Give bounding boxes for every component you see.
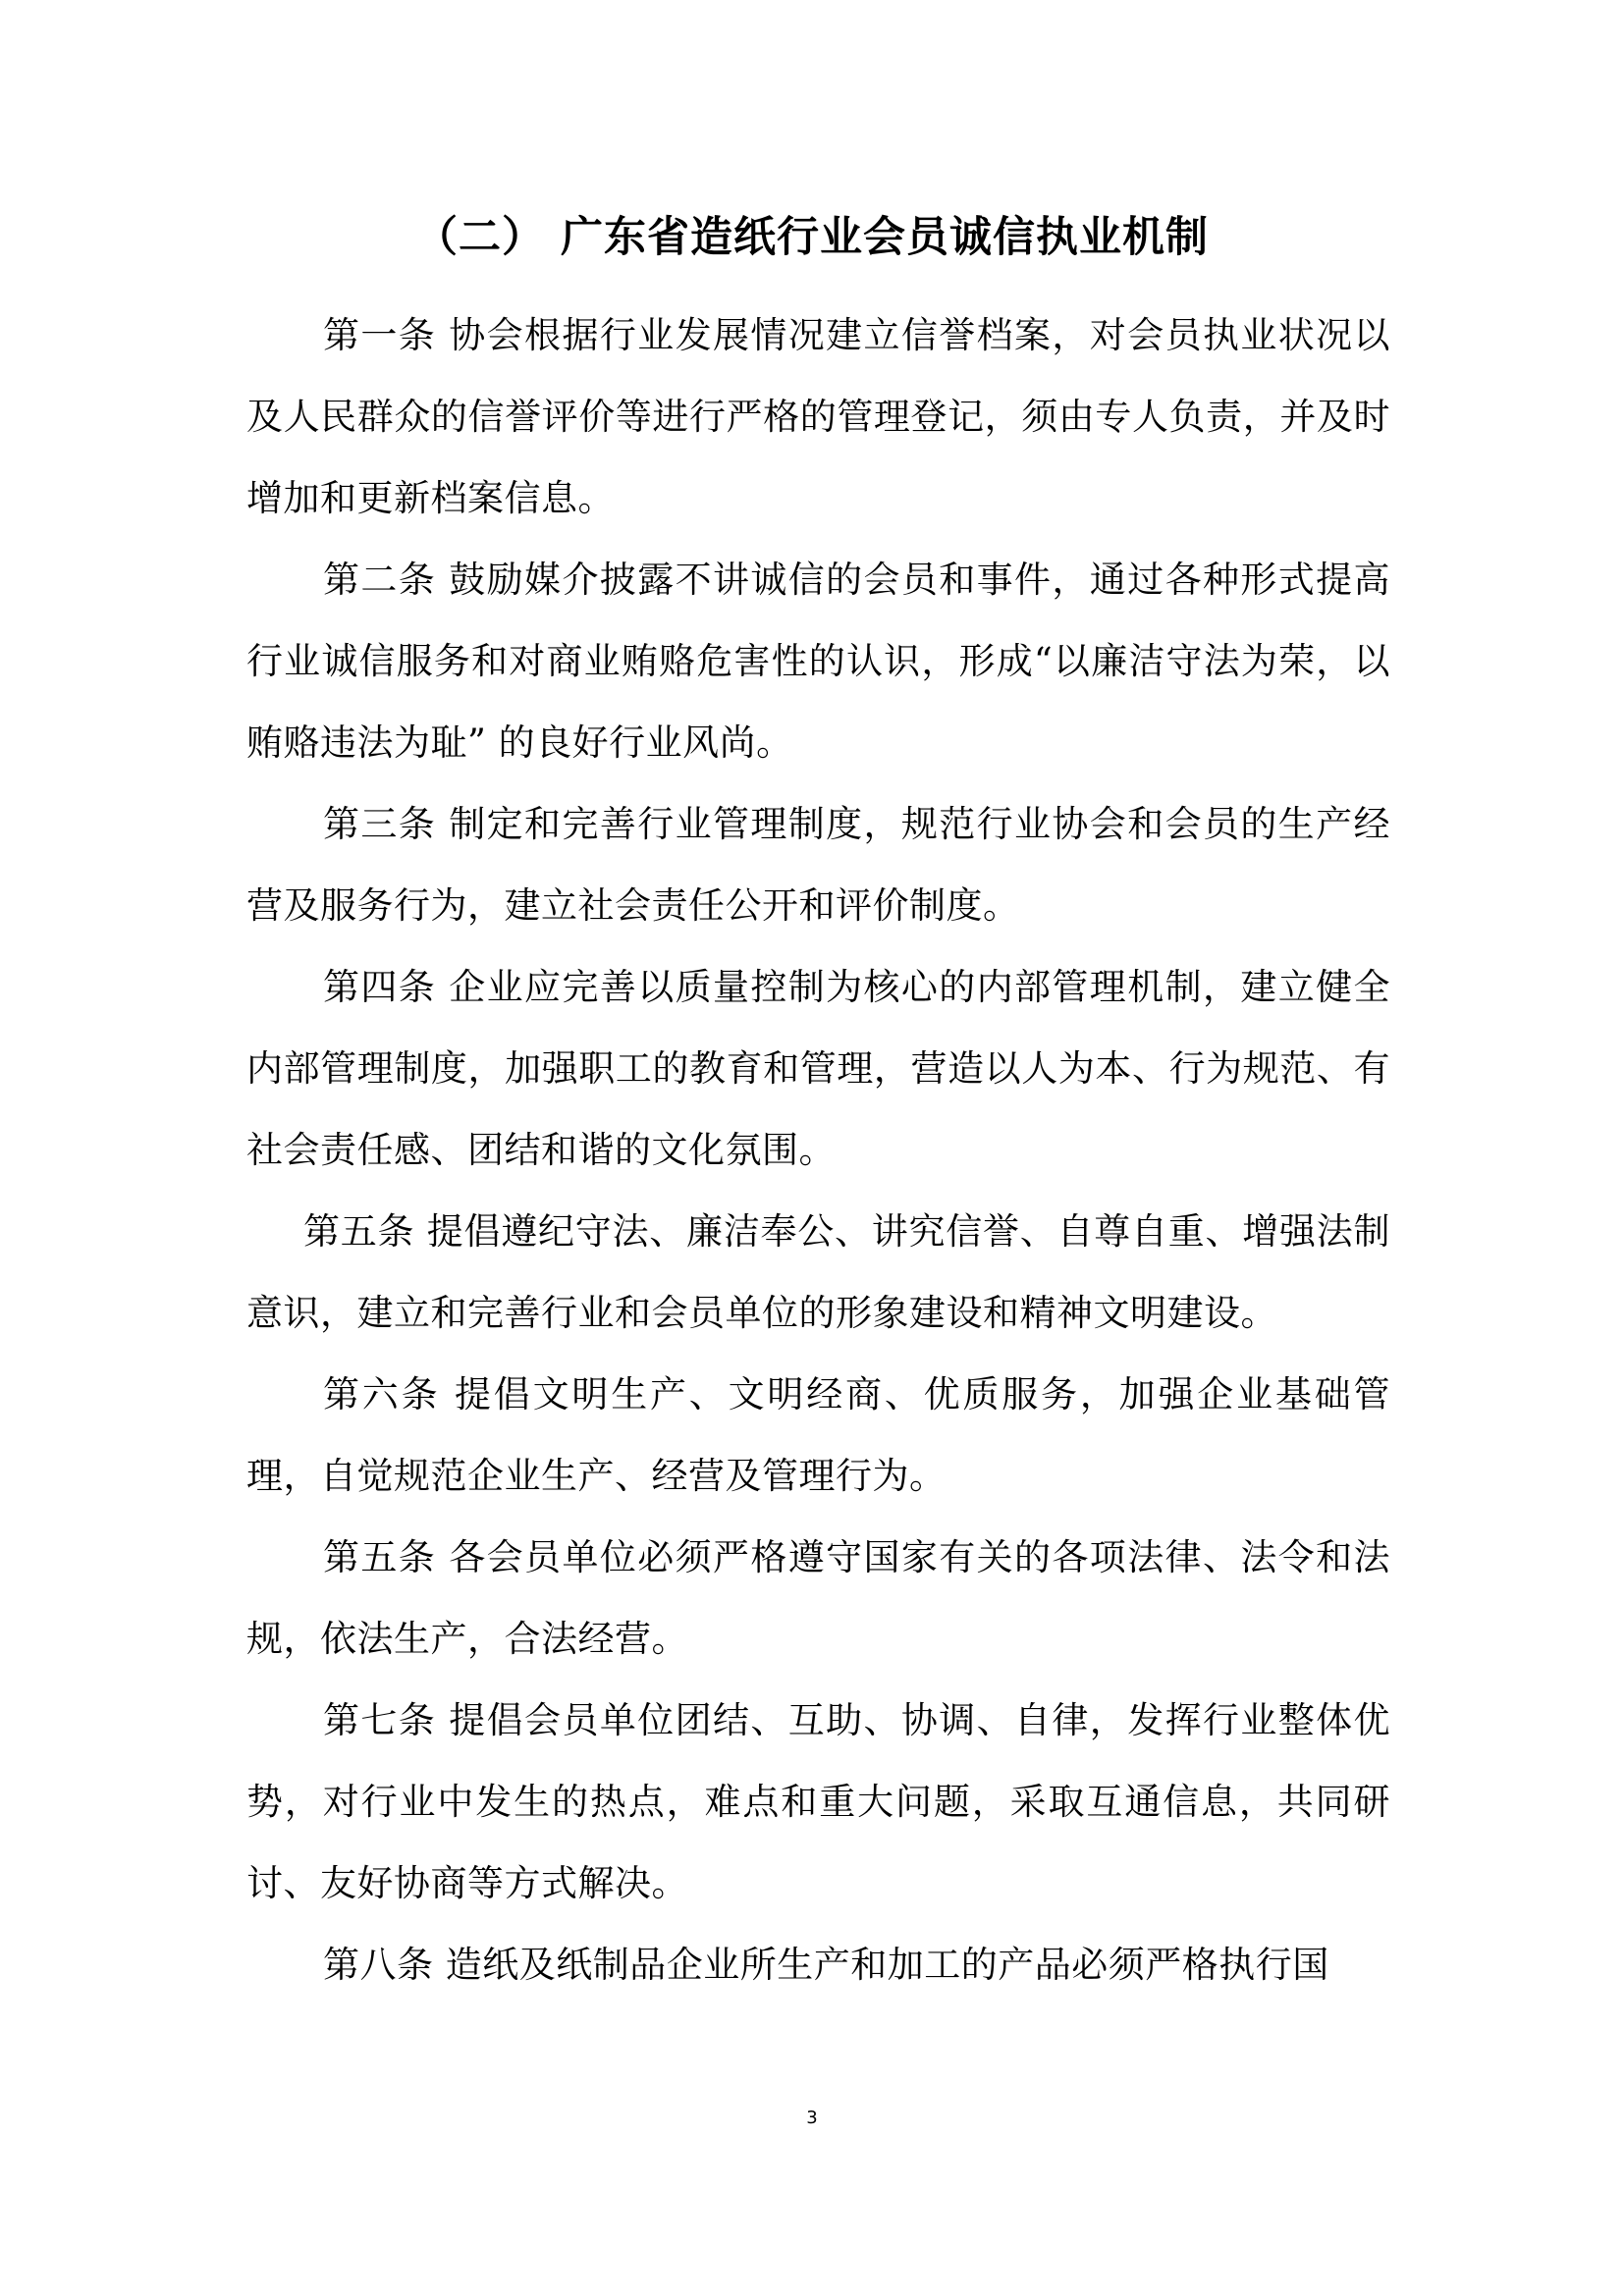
article-5-duplicate: 第五条 各会员单位必须严格遵守国家有关的各项法律、法令和法规，依法生产，合法经营…: [246, 1517, 1390, 1680]
article-7: 第七条 提倡会员单位团结、互助、协调、自律，发挥行业整体优势，对行业中发生的热点…: [246, 1680, 1390, 1924]
document-page: （二） 广东省造纸行业会员诚信执业机制 第一条 协会根据行业发展情况建立信誉档案…: [0, 0, 1624, 2296]
section-title: （二） 广东省造纸行业会员诚信执业机制: [0, 208, 1624, 267]
article-8: 第八条 造纸及纸制品企业所生产和加工的产品必须严格执行国: [246, 1924, 1390, 2005]
article-3: 第三条 制定和完善行业管理制度，规范行业协会和会员的生产经营及服务行为，建立社会…: [246, 783, 1390, 946]
article-2: 第二条 鼓励媒介披露不讲诚信的会员和事件，通过各种形式提高行业诚信服务和对商业贿…: [246, 539, 1390, 783]
article-5: 第五条 提倡遵纪守法、廉洁奉公、讲究信誉、自尊自重、增强法制意识，建立和完善行业…: [246, 1191, 1390, 1354]
page-number: 3: [0, 2107, 1624, 2130]
document-body: 第一条 协会根据行业发展情况建立信誉档案，对会员执业状况以及人民群众的信誉评价等…: [246, 294, 1390, 2005]
article-4: 第四条 企业应完善以质量控制为核心的内部管理机制，建立健全内部管理制度，加强职工…: [246, 946, 1390, 1191]
article-6: 第六条 提倡文明生产、文明经商、优质服务，加强企业基础管理，自觉规范企业生产、经…: [246, 1354, 1390, 1517]
article-1: 第一条 协会根据行业发展情况建立信誉档案，对会员执业状况以及人民群众的信誉评价等…: [246, 294, 1390, 539]
